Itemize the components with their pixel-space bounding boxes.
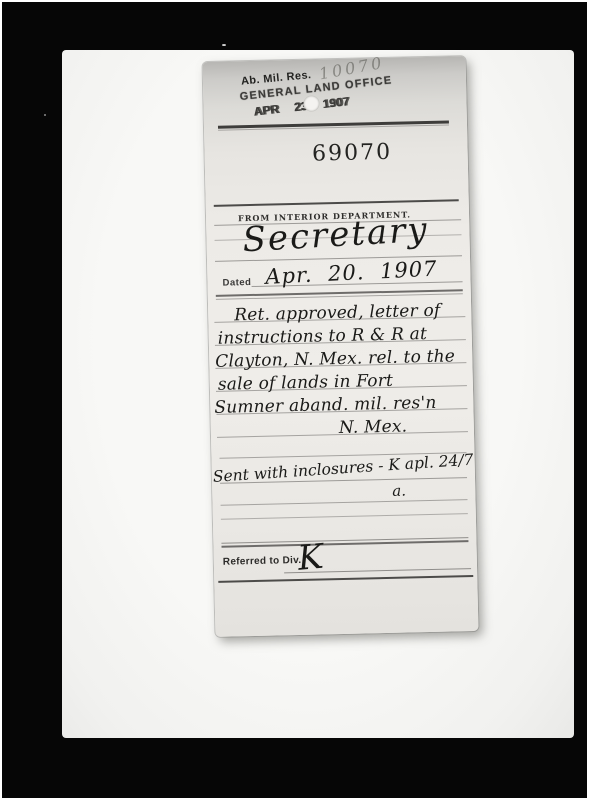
dated-label: Dated: [222, 277, 251, 289]
ruled-line: [218, 575, 473, 583]
ruled-line: [214, 199, 459, 207]
dust-speck: [44, 114, 46, 116]
body-line: Clayton, N. Mex. rel. to the: [215, 346, 455, 371]
body-line: instructions to R & R at: [218, 324, 428, 349]
body-line: Sumner aband. mil. res'n: [214, 393, 437, 418]
body-line: Ret. approved, letter of: [234, 301, 441, 326]
dust-speck: [222, 44, 226, 46]
body-line: sale of lands in Fort: [218, 371, 394, 395]
body-line: N. Mex.: [339, 417, 408, 439]
document-number: 69070: [220, 138, 483, 169]
ruled-line: [221, 513, 468, 520]
referred-to-div-label: Referred to Div.: [223, 555, 302, 568]
photo-frame: Ab. Mil. Res. 10070 GENERAL LAND OFFICE …: [0, 0, 589, 800]
referred-division-value: K: [296, 537, 325, 579]
date-value: Apr. 20. 1907: [265, 257, 438, 289]
black-matte: Ab. Mil. Res. 10070 GENERAL LAND OFFICE …: [2, 2, 587, 798]
backing-sheet: Ab. Mil. Res. 10070 GENERAL LAND OFFICE …: [62, 50, 574, 738]
record-card: Ab. Mil. Res. 10070 GENERAL LAND OFFICE …: [203, 56, 479, 637]
clerk-initial: a.: [392, 482, 406, 500]
ruled-line: [221, 499, 468, 506]
